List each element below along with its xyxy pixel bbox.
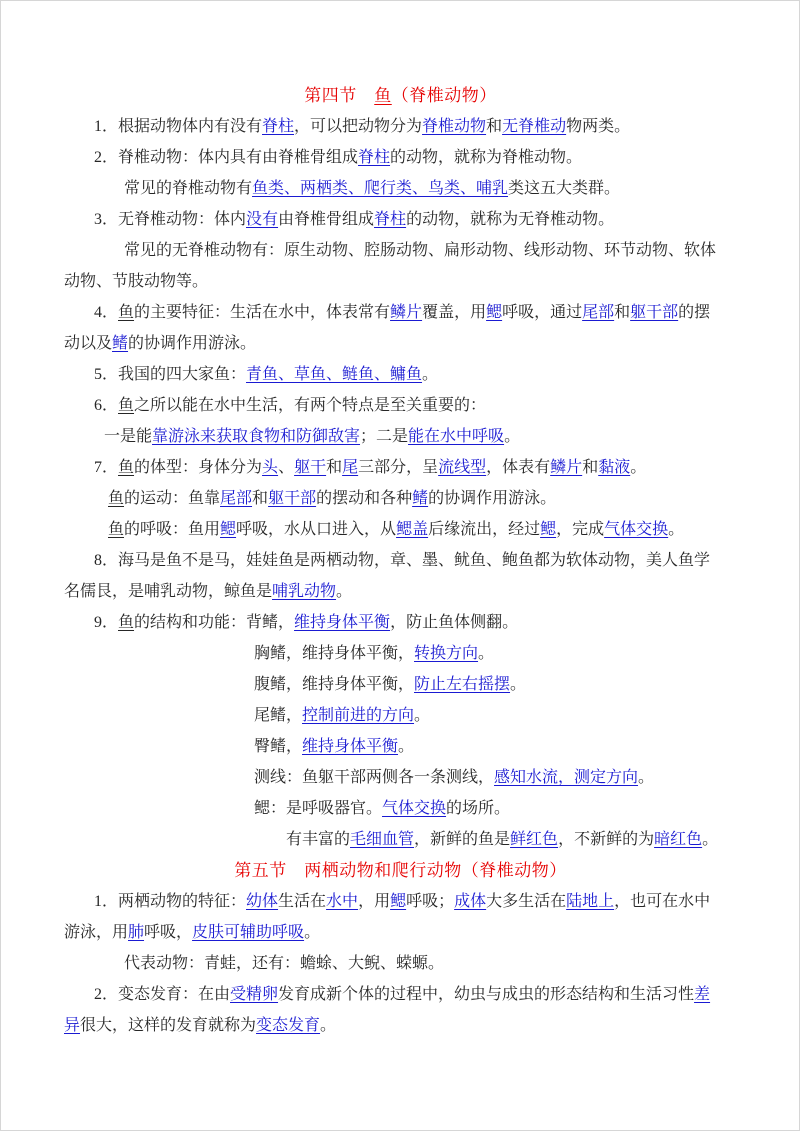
text-run: 呼吸； — [406, 893, 454, 910]
text-line: 6．鱼之所以能在水中生活，有两个特点是至关重要的： — [64, 390, 737, 421]
text-run: 腹鳍，维持身体平衡， — [254, 676, 414, 693]
text-run: 鳃：是呼吸器官。 — [254, 800, 382, 817]
underlined-term: 鳃 — [486, 304, 502, 321]
text-run: 代表动物：青蛙，还有：蟾蜍、大鲵、蝾螈。 — [124, 955, 444, 972]
text-run: ，用 — [358, 893, 390, 910]
underlined-term: 脊柱 — [374, 211, 406, 228]
text-run: ，可以把动物分为 — [294, 118, 422, 135]
document-page: 第四节 鱼（脊椎动物）1．根据动物体内有没有脊柱，可以把动物分为脊椎动物和无脊椎… — [0, 0, 800, 1131]
underlined-term: 流线型 — [438, 459, 486, 476]
underlined-term: 靠游泳来获取食物和防御敌害 — [152, 428, 360, 445]
underlined-term: 青鱼、草鱼、鲢鱼、鳙鱼 — [246, 366, 422, 383]
text-run: 5．我国的四大家鱼： — [94, 366, 246, 383]
underlined-term: 躯干部 — [268, 490, 316, 507]
underlined-term: 无脊椎动 — [502, 118, 566, 135]
text-run: 的协调作用游泳。 — [128, 335, 256, 352]
text-run: 后缘流出，经过 — [428, 521, 540, 538]
text-run: 动物、节肢动物等。 — [64, 273, 208, 290]
underlined-term: 鲜红色 — [510, 831, 558, 848]
underlined-term: 幼体 — [246, 893, 278, 910]
text-line: 常见的无脊椎动物有：原生动物、腔肠动物、扁形动物、线形动物、环节动物、软体 — [64, 235, 737, 266]
text-line: 腹鳍，维持身体平衡，防止左右摇摆。 — [64, 669, 737, 700]
text-run: 三部分，呈 — [358, 459, 438, 476]
underlined-term: 陆地上 — [566, 893, 614, 910]
text-run: 第五节 两栖动物和爬行动物（脊椎动物） — [234, 861, 567, 880]
text-run: 。 — [414, 707, 430, 724]
text-line: 代表动物：青蛙，还有：蟾蜍、大鲵、蝾螈。 — [64, 948, 737, 979]
text-run: ，防止鱼体侧翻。 — [390, 614, 518, 631]
text-run: 6． — [94, 397, 118, 414]
text-run: 的体型：身体分为 — [134, 459, 262, 476]
text-line: 鱼的呼吸：鱼用鳃呼吸，水从口进入，从鳃盖后缘流出，经过鳃，完成气体交换。 — [64, 514, 737, 545]
text-line: 鳃：是呼吸器官。气体交换的场所。 — [64, 793, 737, 824]
text-line: 异很大，这样的发育就称为变态发育。 — [64, 1010, 737, 1041]
underlined-term: 气体交换 — [604, 521, 668, 538]
underlined-term: 脊椎动物 — [422, 118, 486, 135]
underlined-term: 哺乳动物 — [272, 583, 336, 600]
text-run: 的主要特征：生活在水中，体表常有 — [134, 304, 390, 321]
document-body: 第四节 鱼（脊椎动物）1．根据动物体内有没有脊柱，可以把动物分为脊椎动物和无脊椎… — [64, 80, 737, 1041]
text-line: 名儒艮，是哺乳动物，鲸鱼是哺乳动物。 — [64, 576, 737, 607]
underlined-term: 感知水流，测定方向 — [494, 769, 638, 786]
text-run: 有丰富的 — [286, 831, 350, 848]
text-run: 大多生活在 — [486, 893, 566, 910]
text-run: 物两类。 — [566, 118, 630, 135]
section-heading: 第五节 两栖动物和爬行动物（脊椎动物） — [64, 855, 737, 886]
text-run: 名儒艮，是哺乳动物，鲸鱼是 — [64, 583, 272, 600]
text-run: 和 — [582, 459, 598, 476]
text-line: 2．脊椎动物：体内具有由脊椎骨组成脊柱的动物，就称为脊椎动物。 — [64, 142, 737, 173]
text-run: 发育成新个体的过程中，幼虫与成虫的形态结构和生活习性 — [278, 986, 694, 1003]
underlined-term: 维持身体平衡 — [302, 738, 398, 755]
text-run: 类这五大类群。 — [508, 180, 620, 197]
text-run: 1．根据动物体内有没有 — [94, 118, 262, 135]
text-run: 。 — [422, 366, 438, 383]
underlined-term: 变态发育 — [256, 1017, 320, 1034]
text-line: 一是能靠游泳来获取食物和防御敌害；二是能在水中呼吸。 — [64, 421, 737, 452]
text-line: 测线：鱼躯干部两侧各一条测线，感知水流，测定方向。 — [64, 762, 737, 793]
text-run: 。 — [336, 583, 352, 600]
text-run: 。 — [702, 831, 718, 848]
text-run: 。 — [304, 924, 320, 941]
text-run: ，完成 — [556, 521, 604, 538]
text-run: 第四节 — [304, 86, 374, 105]
text-run: 的结构和功能：背鳍， — [134, 614, 294, 631]
text-run: 。 — [668, 521, 684, 538]
text-run: 臀鳍， — [254, 738, 302, 755]
text-run: 。 — [478, 645, 494, 662]
text-run: 、 — [278, 459, 294, 476]
text-run: 1．两栖动物的特征： — [94, 893, 246, 910]
text-line: 动物、节肢动物等。 — [64, 266, 737, 297]
text-run: ，体表有 — [486, 459, 550, 476]
underlined-term: 鳍 — [412, 490, 428, 507]
text-line: 游泳，用肺呼吸，皮肤可辅助呼吸。 — [64, 917, 737, 948]
text-run: 9． — [94, 614, 118, 631]
text-run: 和 — [252, 490, 268, 507]
text-run: 4． — [94, 304, 118, 321]
text-run: 胸鳍，维持身体平衡， — [254, 645, 414, 662]
underlined-term: 尾部 — [220, 490, 252, 507]
text-run: 。 — [320, 1017, 336, 1034]
text-run: ；二是 — [360, 428, 408, 445]
text-run: 很大，这样的发育就称为 — [80, 1017, 256, 1034]
underlined-term: 气体交换 — [382, 800, 446, 817]
text-run: 覆盖，用 — [422, 304, 486, 321]
underlined-term: 暗红色 — [654, 831, 702, 848]
text-run: 的场所。 — [446, 800, 510, 817]
text-line: 1．两栖动物的特征：幼体生活在水中，用鳃呼吸；成体大多生活在陆地上，也可在水中 — [64, 886, 737, 917]
underlined-term: 没有 — [246, 211, 278, 228]
text-line: 动以及鳍的协调作用游泳。 — [64, 328, 737, 359]
underlined-term: 控制前进的方向 — [302, 707, 414, 724]
underlined-term: 鳃 — [540, 521, 556, 538]
text-line: 胸鳍，维持身体平衡，转换方向。 — [64, 638, 737, 669]
text-run: 常见的脊椎动物有 — [124, 180, 252, 197]
underlined-term: 水中 — [326, 893, 358, 910]
underlined-term: 脊柱 — [262, 118, 294, 135]
text-run: 动以及 — [64, 335, 112, 352]
text-run: 。 — [398, 738, 414, 755]
text-run: 和 — [614, 304, 630, 321]
underlined-term: 鱼 — [118, 459, 134, 476]
text-run: （脊椎动物） — [392, 86, 497, 105]
text-run: 。 — [630, 459, 646, 476]
text-run: 生活在 — [278, 893, 326, 910]
underlined-term: 鳃 — [220, 521, 236, 538]
text-run: 7． — [94, 459, 118, 476]
underlined-term: 躯干 — [294, 459, 326, 476]
underlined-term: 异 — [64, 1017, 80, 1034]
text-line: 有丰富的毛细血管，新鲜的鱼是鲜红色，不新鲜的为暗红色。 — [64, 824, 737, 855]
text-run: 8．海马是鱼不是马，娃娃鱼是两栖动物，章、墨、鱿鱼、鲍鱼都为软体动物，美人鱼学 — [94, 552, 710, 569]
underlined-term: 转换方向 — [414, 645, 478, 662]
underlined-term: 躯干部 — [630, 304, 678, 321]
text-line: 尾鳍，控制前进的方向。 — [64, 700, 737, 731]
underlined-term: 成体 — [454, 893, 486, 910]
underlined-term: 鱼 — [108, 490, 124, 507]
text-line: 2．变态发育：在由受精卵发育成新个体的过程中，幼虫与成虫的形态结构和生活习性差 — [64, 979, 737, 1010]
text-run: 。 — [510, 676, 526, 693]
underlined-term: 毛细血管 — [350, 831, 414, 848]
text-line: 4．鱼的主要特征：生活在水中，体表常有鳞片覆盖，用鳃呼吸，通过尾部和躯干部的摆 — [64, 297, 737, 328]
underlined-term: 鳞片 — [390, 304, 422, 321]
text-line: 常见的脊椎动物有鱼类、两栖类、爬行类、鸟类、哺乳类这五大类群。 — [64, 173, 737, 204]
text-run: 2．脊椎动物：体内具有由脊椎骨组成 — [94, 149, 358, 166]
underlined-term: 鱼 — [118, 304, 134, 321]
underlined-term: 鱼 — [108, 521, 124, 538]
underlined-term: 尾部 — [582, 304, 614, 321]
underlined-term: 黏液 — [598, 459, 630, 476]
text-run: 3．无脊椎动物：体内 — [94, 211, 246, 228]
text-run: 。 — [504, 428, 520, 445]
text-run: 一是能 — [104, 428, 152, 445]
text-line: 8．海马是鱼不是马，娃娃鱼是两栖动物，章、墨、鱿鱼、鲍鱼都为软体动物，美人鱼学 — [64, 545, 737, 576]
underlined-term: 鳃 — [390, 893, 406, 910]
text-run: 的运动：鱼靠 — [124, 490, 220, 507]
underlined-term: 肺 — [128, 924, 144, 941]
text-run: 的呼吸：鱼用 — [124, 521, 220, 538]
underlined-term: 皮肤可辅助呼吸 — [192, 924, 304, 941]
text-line: 1．根据动物体内有没有脊柱，可以把动物分为脊椎动物和无脊椎动物两类。 — [64, 111, 737, 142]
text-run: 常见的无脊椎动物有：原生动物、腔肠动物、扁形动物、线形动物、环节动物、软体 — [124, 242, 716, 259]
text-run: 之所以能在水中生活，有两个特点是至关重要的： — [134, 397, 486, 414]
text-run: ，新鲜的鱼是 — [414, 831, 510, 848]
text-run: 呼吸，水从口进入，从 — [236, 521, 396, 538]
underlined-term: 鱼 — [118, 614, 134, 631]
underlined-term: 鳞片 — [550, 459, 582, 476]
underlined-term: 鱼 — [374, 86, 392, 105]
text-run: 呼吸，通过 — [502, 304, 582, 321]
text-run: 2．变态发育：在由 — [94, 986, 230, 1003]
text-line: 5．我国的四大家鱼：青鱼、草鱼、鲢鱼、鳙鱼。 — [64, 359, 737, 390]
text-run: 和 — [326, 459, 342, 476]
text-run: 游泳，用 — [64, 924, 128, 941]
underlined-term: 鱼 — [118, 397, 134, 414]
underlined-term: 头 — [262, 459, 278, 476]
text-run: 。 — [638, 769, 654, 786]
text-run: 的协调作用游泳。 — [428, 490, 556, 507]
text-run: ，也可在水中 — [614, 893, 710, 910]
text-line: 鱼的运动：鱼靠尾部和躯干部的摆动和各种鳍的协调作用游泳。 — [64, 483, 737, 514]
underlined-term: 尾 — [342, 459, 358, 476]
text-run: ，不新鲜的为 — [558, 831, 654, 848]
text-run: 的摆动和各种 — [316, 490, 412, 507]
text-run: 呼吸， — [144, 924, 192, 941]
underlined-term: 鳍 — [112, 335, 128, 352]
underlined-term: 鱼类、两栖类、爬行类、鸟类、哺乳 — [252, 180, 508, 197]
underlined-term: 维持身体平衡 — [294, 614, 390, 631]
text-run: 的动物，就称为脊椎动物。 — [390, 149, 582, 166]
text-run: 的摆 — [678, 304, 710, 321]
text-line: 3．无脊椎动物：体内没有由脊椎骨组成脊柱的动物，就称为无脊椎动物。 — [64, 204, 737, 235]
text-line: 臀鳍，维持身体平衡。 — [64, 731, 737, 762]
text-line: 7．鱼的体型：身体分为头、躯干和尾三部分，呈流线型，体表有鳞片和黏液。 — [64, 452, 737, 483]
underlined-term: 脊柱 — [358, 149, 390, 166]
underlined-term: 受精卵 — [230, 986, 278, 1003]
section-heading: 第四节 鱼（脊椎动物） — [64, 80, 737, 111]
text-run: 的动物，就称为无脊椎动物。 — [406, 211, 614, 228]
text-run: 测线：鱼躯干部两侧各一条测线， — [254, 769, 494, 786]
underlined-term: 鳃盖 — [396, 521, 428, 538]
text-run: 由脊椎骨组成 — [278, 211, 374, 228]
text-run: 和 — [486, 118, 502, 135]
text-line: 9．鱼的结构和功能：背鳍，维持身体平衡，防止鱼体侧翻。 — [64, 607, 737, 638]
underlined-term: 能在水中呼吸 — [408, 428, 504, 445]
underlined-term: 防止左右摇摆 — [414, 676, 510, 693]
text-run: 尾鳍， — [254, 707, 302, 724]
underlined-term: 差 — [694, 986, 710, 1003]
